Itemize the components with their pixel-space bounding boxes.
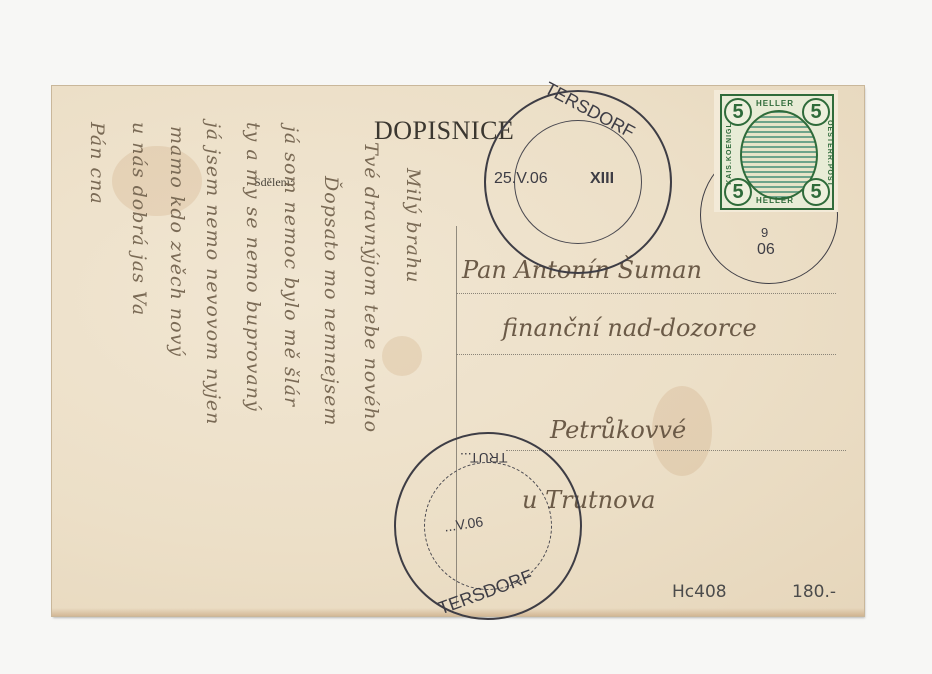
stamp-currency: HELLER (756, 99, 794, 108)
message-column: Tvé dravnýjom tebe nového (360, 142, 382, 433)
stain (382, 336, 422, 376)
address-line-2: finanční nad-dozorce (502, 314, 757, 342)
message-column: já som nemoc bylo mě šlár (280, 126, 302, 407)
message-column: mamo kdo zvěch nový (166, 126, 188, 357)
message-column: u nás dobrá jas Va (128, 122, 150, 316)
address-line (456, 293, 836, 294)
stamp-left-text: KAIS.KOENIGL (726, 122, 733, 185)
stain (112, 146, 202, 216)
address-line (456, 354, 836, 355)
message-column: ty a my se nemo buprovaný (242, 122, 264, 412)
catalog-code: Hc408 (672, 582, 727, 602)
postmark-hour: XIII (590, 170, 614, 188)
postmark-upper: TRUT... (460, 450, 507, 466)
stamp-right-text: OESTERR.POST (826, 120, 833, 187)
message-column: Milý brahu (402, 168, 424, 283)
postcard: DOPISNICE Sdělení: Pan Antonín Šuman fin… (52, 86, 864, 616)
postage-stamp: 5 5 5 5 HELLER HELLER KAIS.KOENIGL OESTE… (714, 90, 838, 212)
postmark-date: 25.V.06 (494, 170, 548, 188)
cancel-day: 9 (761, 225, 768, 240)
postmark-bottom: TERSDORF TRUT... ...V.06 (394, 432, 582, 620)
postmark-top: TERSDORF 25.V.06 XIII (484, 90, 672, 274)
message-column: Ďopsato mo nemnejsem (320, 176, 342, 426)
price-note: 180.- (792, 582, 836, 602)
stamp-frame: 5 5 5 5 HELLER HELLER KAIS.KOENIGL OESTE… (720, 94, 834, 210)
address-line (506, 450, 846, 451)
cancel-year: 06 (757, 241, 775, 259)
message-column: Pán cna (86, 122, 108, 205)
message-column: já jsem nemo nevovom nyjen (202, 122, 224, 425)
address-line-3: Petrůkovvé (550, 416, 686, 444)
stamp-currency: HELLER (756, 196, 794, 205)
